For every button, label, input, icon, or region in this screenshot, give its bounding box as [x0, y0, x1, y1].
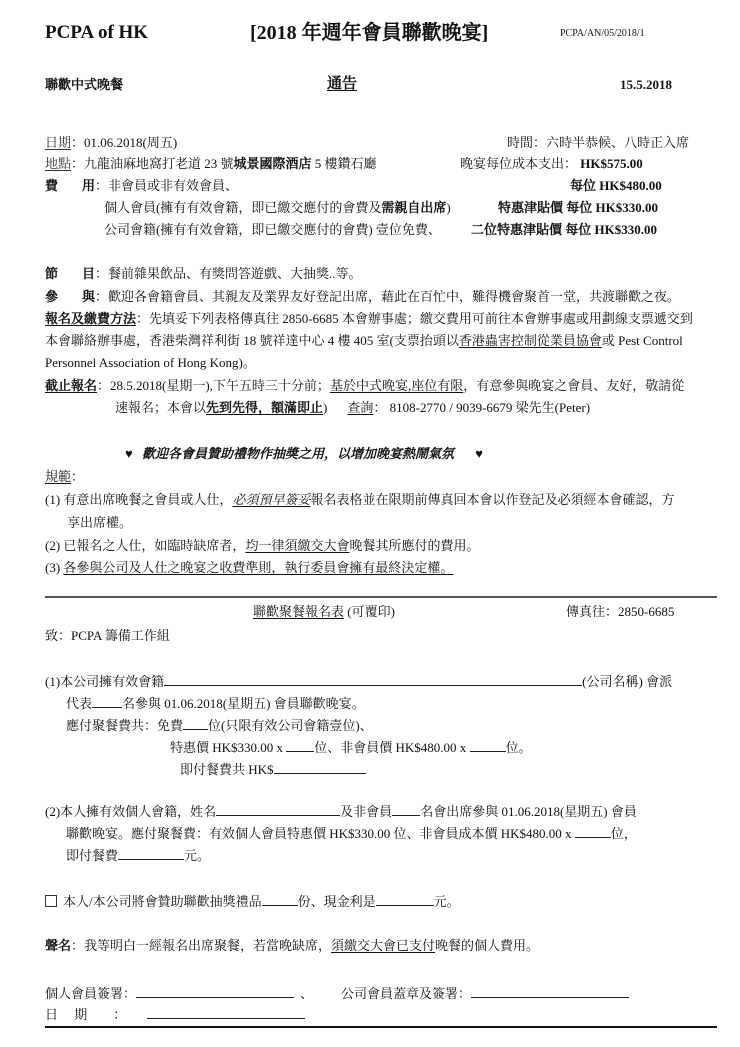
payment-label: 報名及繳費方法: [45, 311, 136, 326]
heart-icon: ♥: [475, 446, 483, 461]
enquiry-label: 查詢: [347, 400, 373, 415]
deadline-line-2: 速報名；本會以先到先得，額滿即止)查詢： 8108-2770 / 9039-66…: [115, 400, 590, 416]
heart-icon: ♥: [125, 446, 133, 461]
nonmember-seat-count-field[interactable]: [470, 740, 506, 752]
form-section-2-line-3: 即付餐費元。: [66, 848, 210, 864]
notice-heading: 通告: [327, 75, 357, 93]
date-signature-line: 日 期 ：: [45, 1007, 305, 1023]
rules-title: 規範：: [45, 469, 84, 485]
form-section-1-line-1: (1)本公司擁有效會籍(公司名稱) 會派: [45, 674, 672, 690]
date-field[interactable]: [147, 1007, 305, 1019]
personal-nonmember-count-field[interactable]: [575, 826, 611, 838]
rule-item-2: (2) 已報名之人仕，如臨時缺席者，均一律須繳交大會晚餐其所應付的費用。: [45, 538, 479, 554]
rule-item-1-cont: 享出席權。: [67, 515, 132, 531]
cash-amount-field[interactable]: [376, 894, 434, 906]
form-section-1-line-2: 代表名參與 01.06.2018(星期五) 會員聯歡晚宴。: [66, 696, 365, 712]
sponsor-line: 本人/本公司將會贊助聯歡抽獎禮品份、現金利是元。: [45, 894, 460, 910]
enquiry-value: ： 8108-2770 / 9039-6679 梁先生(Peter): [373, 400, 590, 415]
deadline-label: 截止報名: [45, 378, 97, 393]
payment-line-1: 報名及繳費方法：先填妥下列表格傳真往 2850-6685 本會辦事處；繳交費用可…: [45, 311, 693, 327]
representative-count-field[interactable]: [92, 696, 122, 708]
company-signature-field[interactable]: [471, 986, 629, 998]
participation-line: 參與：歡迎各會籍會員、其親友及業界友好登記出席，藉此在百忙中，難得機會聚首一堂，…: [45, 289, 680, 305]
fee-line-1: 費用：非會員或非有效會員、: [45, 178, 238, 194]
guest-count-field[interactable]: [392, 804, 420, 816]
signature-line: 個人會員簽署：、公司會員蓋章及簽署：: [45, 986, 629, 1002]
gift-count-field[interactable]: [262, 894, 298, 906]
member-name-field[interactable]: [216, 804, 340, 816]
fee-line-2: 個人會員(擁有有效會籍，即已繳交應付的會費及需親自出席): [104, 200, 451, 216]
section-divider: [45, 596, 717, 598]
declaration-line: 聲名：我等明白一經報名出席聚餐，若當晚缺席，須繳交大會已支付晚餐的個人費用。: [45, 938, 539, 954]
cost-value: HK$575.00: [580, 156, 642, 171]
personal-signature-field[interactable]: [136, 986, 294, 998]
form-section-1-line-5: 即付餐費共 HK$: [180, 762, 366, 778]
date-label: 日期: [45, 135, 71, 150]
issue-date: 15.5.2018: [620, 77, 672, 93]
fee-line-3: 公司會籍(擁有有效會籍，即已繳交應付的會費) 壹位免費、: [104, 222, 441, 238]
footer-divider: [45, 1026, 717, 1028]
form-section-2-line-1: (2)本人擁有效個人會籍，姓名及非會員名會出席參與 01.06.2018(星期五…: [45, 804, 637, 820]
form-fax: 傳真往：2850-6685: [566, 604, 674, 620]
venue-hotel: 城景國際酒店: [234, 156, 312, 171]
subtitle-left: 聯歡中式晚餐: [45, 77, 123, 93]
date-line: 日期：01.06.2018(周五): [45, 135, 177, 151]
deadline-line-1: 截止報名：28.5.2018(星期一),下午五時三十分前；基於中式晚宴,座位有限…: [45, 378, 684, 394]
form-section-1-line-3: 應付聚餐費共：免費位(只限有效公司會籍壹位)、: [66, 718, 373, 734]
payment-line-2: 本會聯絡辦事處，香港柴灣祥利街 18 號祥達中心 4 樓 405 室(支票抬頭以…: [45, 333, 683, 349]
sponsor-banner: ♥ 歡迎各會員贊助禮物作抽獎之用，以增加晚宴熱鬧氣氛 ♥: [125, 446, 483, 462]
org-name: PCPA of HK: [45, 22, 148, 45]
venue-line: 地點：九龍油麻地窩打老道 23 號城景國際酒店 5 樓鑽石廳: [45, 156, 377, 172]
free-seat-count-field[interactable]: [183, 718, 208, 730]
form-recipient: 致：PCPA 籌備工作組: [45, 628, 170, 644]
sponsor-checkbox[interactable]: [45, 895, 57, 907]
time-line: 時間：六時半恭候、八時正入席: [507, 135, 689, 151]
discount-seat-count-field[interactable]: [286, 740, 314, 752]
fee-company-price: 二位特惠津貼價 每位 HK$330.00: [471, 222, 657, 238]
venue-label: 地點: [45, 156, 71, 171]
company-total-amount-field[interactable]: [274, 762, 366, 774]
cost-line: 晚宴每位成本支出： HK$575.00: [460, 156, 643, 172]
date-value: ：01.06.2018(周五): [71, 135, 177, 150]
reference-number: PCPA/AN/05/2018/1: [560, 28, 645, 40]
program-line: 節目：餐前雜果飲品、有獎問答遊戲、大抽獎..等。: [45, 266, 362, 282]
rule-item-1: (1) 有意出席晚餐之會員或人仕，必須預早簽妥報名表格並在限期前傳真回本會以作登…: [45, 492, 674, 508]
form-section-2-line-2: 聯歡晚宴。應付聚餐費：有效個人會員特惠價 HK$330.00 位、非會員成本價 …: [66, 826, 637, 842]
form-title: 聯歡聚餐報名表 (可覆印): [253, 604, 395, 620]
personal-total-amount-field[interactable]: [118, 848, 184, 860]
fee-nonmember-price: 每位 HK$480.00: [570, 178, 662, 194]
document-title: [2018 年週年會員聯歡晚宴]: [250, 21, 488, 45]
company-name-field[interactable]: [164, 674, 582, 686]
fee-personal-price: 特惠津貼價 每位 HK$330.00: [498, 200, 658, 216]
rule-item-3: (3) 各參與公司及人仕之晚宴之收費準則，執行委員會擁有最終決定權。: [45, 560, 453, 576]
declaration-label: 聲名: [45, 938, 71, 953]
payment-line-3: Personnel Association of Hong Kong)。: [45, 355, 256, 371]
form-section-1-line-4: 特惠價 HK$330.00 x 位、非會員價 HK$480.00 x 位。: [170, 740, 532, 756]
